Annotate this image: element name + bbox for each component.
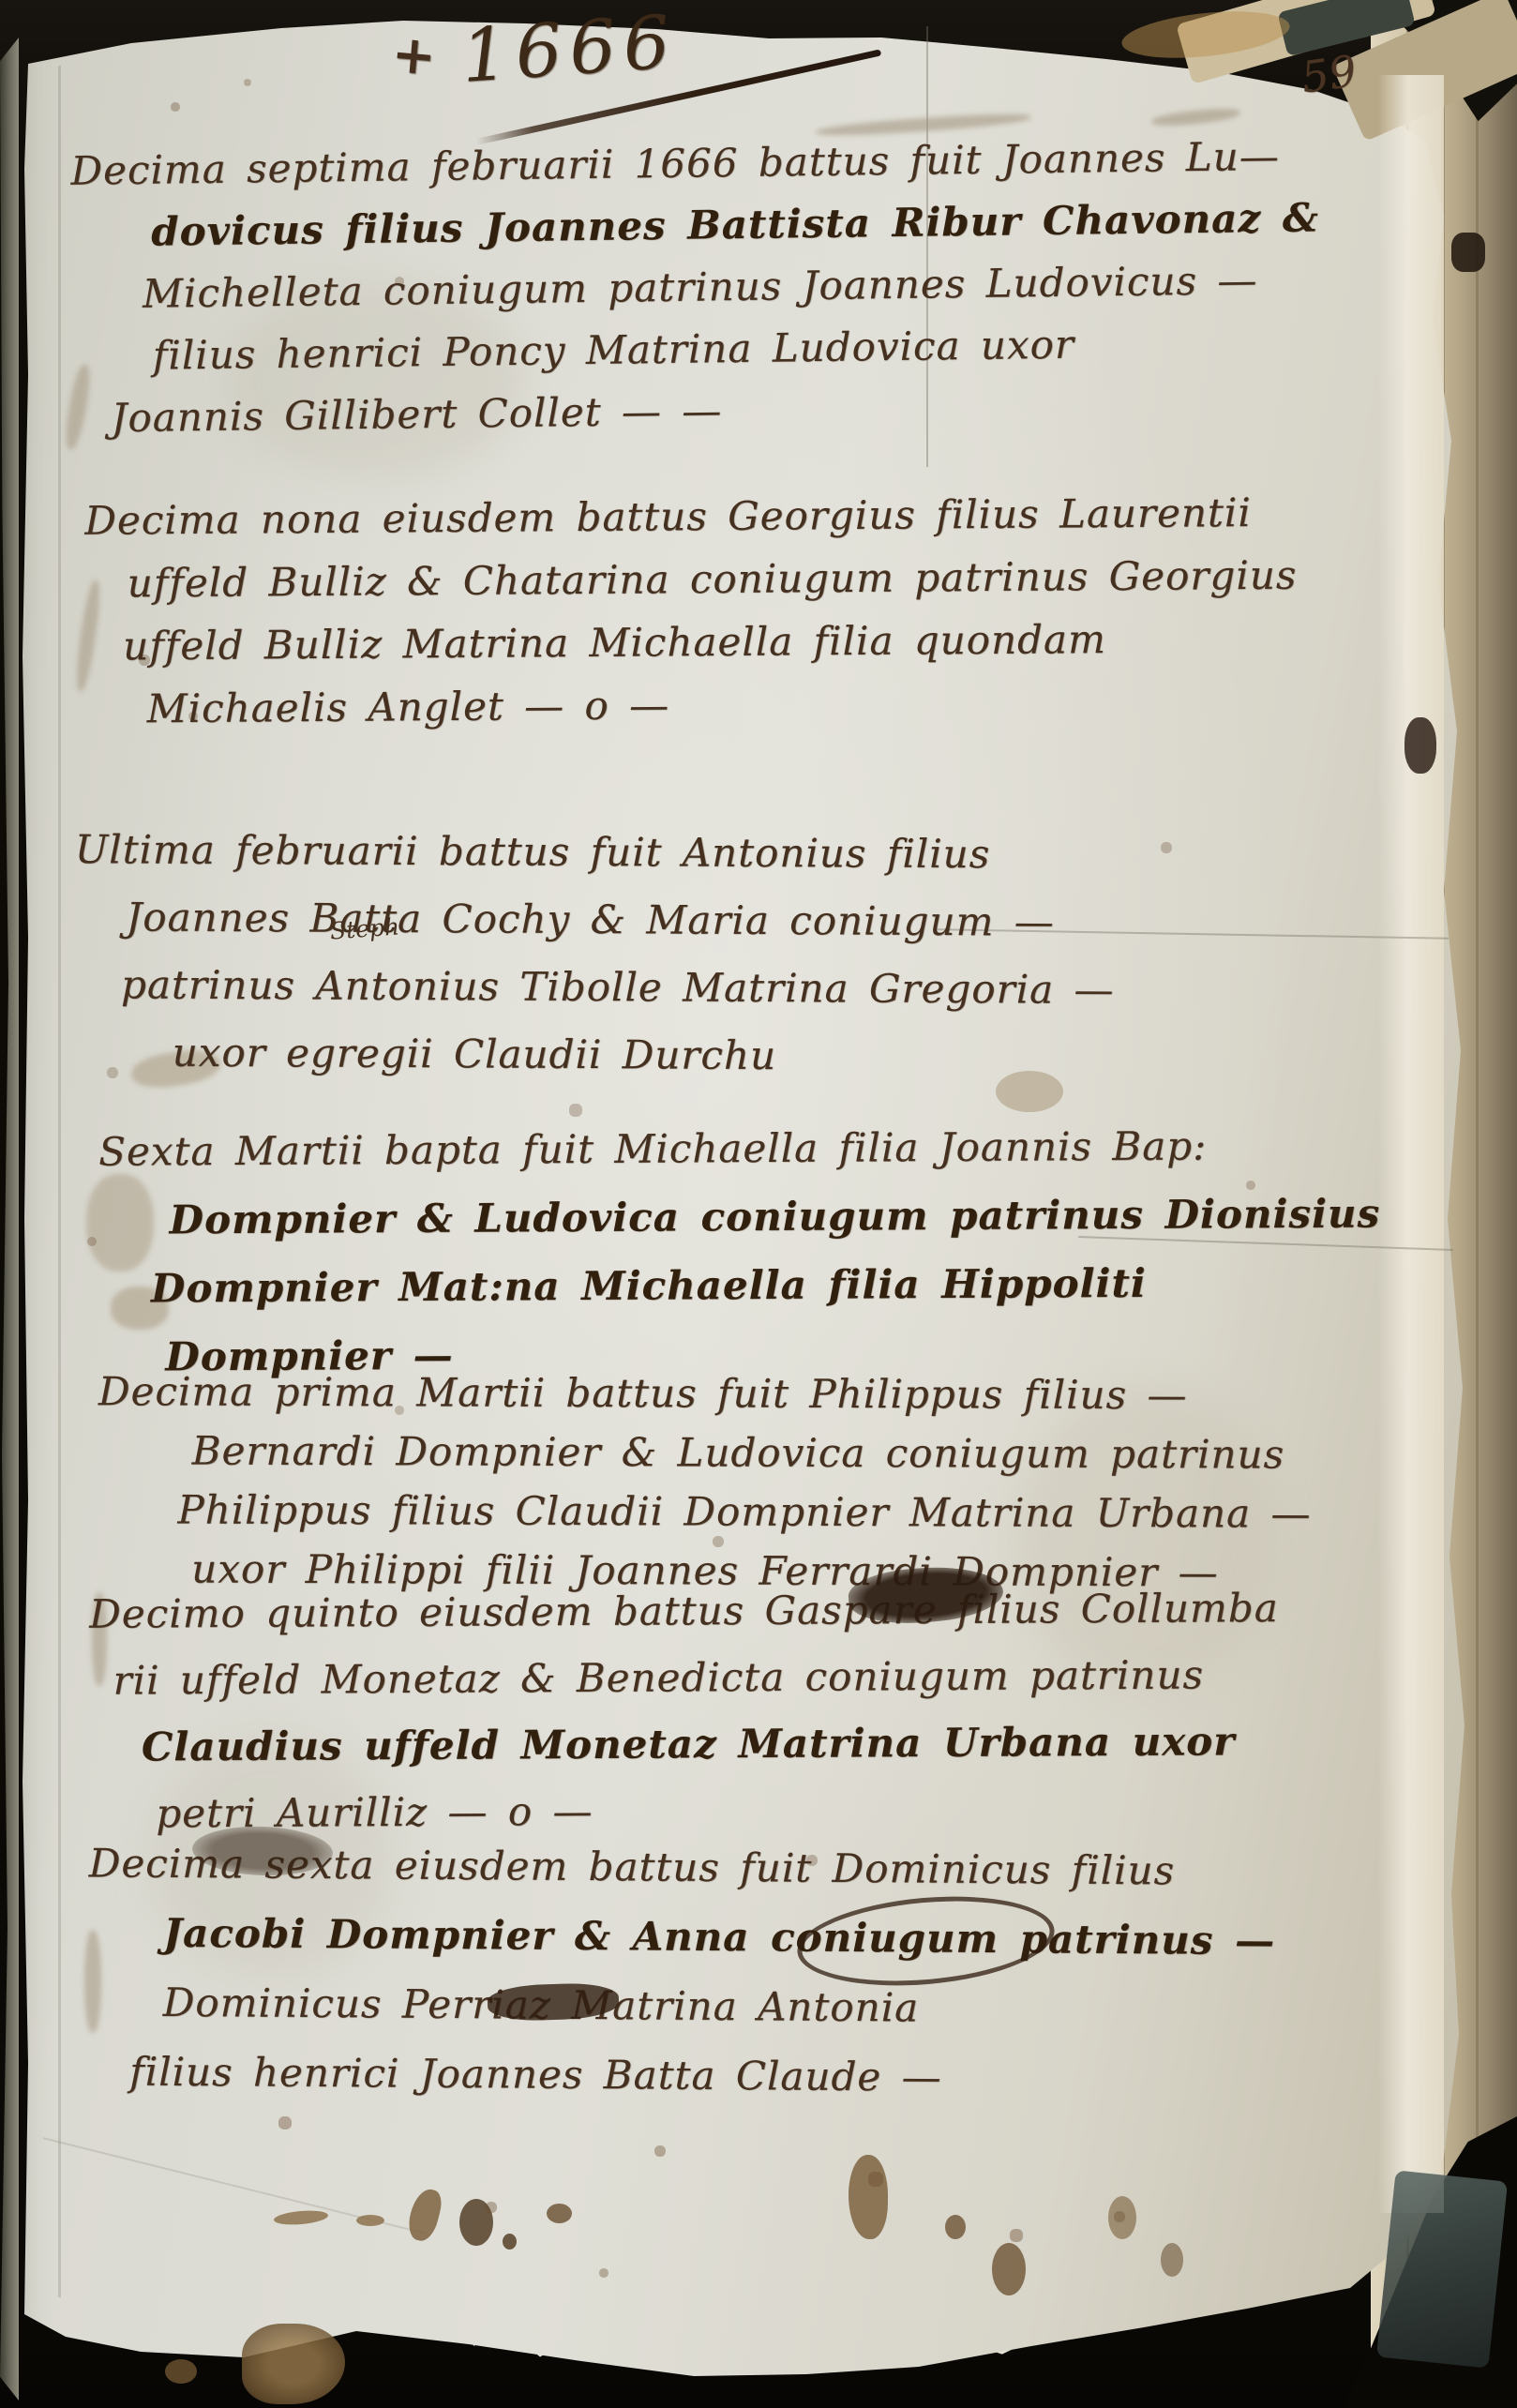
stain <box>459 2199 493 2246</box>
record-line: Claudius uffeld Monetaz Matrina Urbana u… <box>142 1707 1435 1780</box>
record-line: Decimo quinto eiusdem battus Gaspare fil… <box>89 1573 1434 1648</box>
record-line: Michaelis Anglet — o — <box>146 669 1435 741</box>
record-line: Joannes Batta Cochy & Maria coniugum — <box>126 883 1434 957</box>
record-line: Dominicus Perriaz Matrina Antonia <box>162 1968 1433 2046</box>
baptism-record: Ultima februarii battus fuit Antonius fi… <box>45 816 1434 1093</box>
stain <box>849 2155 888 2239</box>
binding-gutter <box>0 38 19 2400</box>
record-line: Dompnier Mat:na Michaella filia Hippolit… <box>151 1247 1435 1322</box>
record-line: uxor egregii Claudii Durchu <box>172 1019 1433 1093</box>
record-line: patrinus Antonius Tibolle Matrina Gregor… <box>121 951 1434 1025</box>
stain <box>945 2215 966 2239</box>
stain <box>547 2204 572 2223</box>
record-line: Ultima februarii battus fuit Antonius fi… <box>75 816 1434 891</box>
stain <box>503 2234 517 2250</box>
baptism-record: Decima septima februarii 1666 battus fui… <box>47 124 1438 450</box>
leaf-edge-line <box>1476 0 1479 2408</box>
baptism-record: Decimo quinto eiusdem battus Gaspare fil… <box>47 1573 1435 1847</box>
record-line: filius henrici Joannes Batta Claude — <box>129 2038 1433 2116</box>
record-line: rii uffeld Monetaz & Benedicta coniugum … <box>113 1640 1434 1713</box>
page-number: 59 <box>1299 45 1359 103</box>
record-line: uffeld Bulliz & Chatarina coniugum patri… <box>127 543 1434 615</box>
binding-cloth <box>1376 2170 1508 2368</box>
baptism-record: Sexta Martii bapta fuit Michaella filia … <box>47 1110 1436 1392</box>
record-line: Jacobi Dompnier & Anna coniugum patrinus… <box>163 1899 1434 1977</box>
stain <box>356 2215 384 2226</box>
edge-ink-blot <box>1451 233 1485 272</box>
record-line: Decima prima Martii battus fuit Philippu… <box>98 1362 1434 1425</box>
large-stain <box>242 2324 345 2404</box>
stain <box>1161 2243 1183 2277</box>
manuscript-photo: { "header": { "cross": "+", "year": "166… <box>0 0 1517 2408</box>
stain <box>992 2243 1026 2295</box>
header-year: 1666 <box>458 0 680 99</box>
header-cross: + <box>389 23 438 88</box>
baptism-record: Decima prima Martii battus fuit Philippu… <box>46 1362 1434 1603</box>
record-line: Decima nona eiusdem battus Georgius fili… <box>84 480 1434 552</box>
stain <box>1108 2196 1136 2239</box>
interlinear-insertion: Steph <box>329 912 400 944</box>
edge-ink-blot <box>1404 717 1436 774</box>
record-line: Philippus filius Claudii Dompnier Matrin… <box>177 1480 1434 1543</box>
record-line: Sexta Martii bapta fuit Michaella filia … <box>98 1110 1434 1185</box>
stain <box>165 2359 197 2384</box>
fox-spots <box>0 0 4 4</box>
record-line: Bernardi Dompnier & Ludovica coniugum pa… <box>192 1422 1434 1485</box>
baptism-record: Decima nona eiusdem battus Georgius fili… <box>47 480 1436 741</box>
record-line: Dompnier & Ludovica coniugum patrinus Di… <box>169 1179 1434 1254</box>
record-line: uffeld Bulliz Matrina Michaella filia qu… <box>123 606 1435 678</box>
